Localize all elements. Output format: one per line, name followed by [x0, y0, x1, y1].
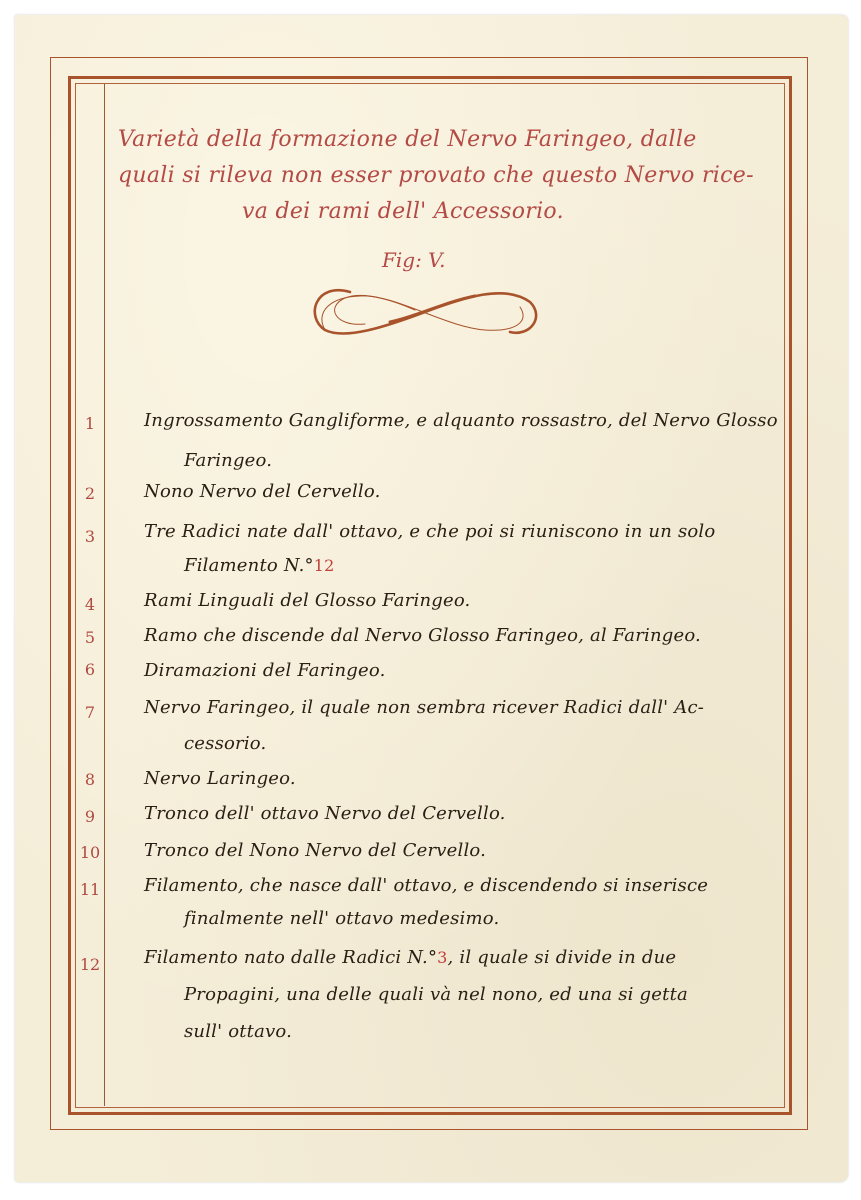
entry-number: 5 [70, 628, 110, 647]
calligraphic-flourish-icon [305, 282, 545, 342]
cross-reference-number: 12 [314, 556, 335, 575]
entry-number: 1 [70, 414, 110, 433]
entry-text-continued: finalmente nell' ottavo medesimo. [184, 908, 499, 929]
entry-text: Tronco del Nono Nervo del Cervello. [144, 840, 486, 861]
entry-text-fragment: Filamento nato dalle Radici N.° [144, 947, 437, 968]
page-title: Varietà della formazione del Nervo Farin… [118, 122, 618, 230]
entry-text: Ingrossamento Gangliforme, e alquanto ro… [144, 410, 778, 431]
entry-text-continued: Filamento N.°12 [184, 555, 335, 576]
entry-number: 6 [70, 660, 110, 679]
entry-text-continued: sull' ottavo. [184, 1021, 292, 1042]
entry-text: Diramazioni del Faringeo. [144, 660, 386, 681]
cross-reference-number: 3 [437, 948, 447, 967]
entry-number: 9 [70, 807, 110, 826]
entry-number: 7 [70, 703, 110, 722]
entry-number: 3 [70, 527, 110, 546]
entry-number: 12 [70, 955, 110, 974]
entry-text: Nono Nervo del Cervello. [144, 481, 381, 502]
entry-text-continued: Propagini, una delle quali và nel nono, … [184, 984, 688, 1005]
entry-text: Tronco dell' ottavo Nervo del Cervello. [144, 803, 506, 824]
title-line-3: va dei rami dell' Accessorio. [242, 194, 618, 230]
entry-text: Filamento, che nasce dall' ottavo, e dis… [144, 875, 708, 896]
entry-text: Ramo che discende dal Nervo Glosso Farin… [144, 625, 701, 646]
entry-text: Rami Linguali del Glosso Faringeo. [144, 590, 470, 611]
entry-text-continued: cessorio. [184, 733, 266, 754]
title-line-2: quali si rileva non esser provato che qu… [118, 158, 618, 194]
entry-number: 10 [70, 843, 110, 862]
entry-text-fragment: , il quale si divide in due [448, 947, 677, 968]
entry-number: 8 [70, 770, 110, 789]
entry-text: Nervo Laringeo. [144, 768, 296, 789]
title-line-1: Varietà della formazione del Nervo Farin… [118, 122, 618, 158]
entry-number: 4 [70, 595, 110, 614]
entry-text: Filamento nato dalle Radici N.°3, il qua… [144, 947, 676, 968]
entry-number: 11 [70, 880, 110, 899]
entry-text: Nervo Faringeo, il quale non sembra rice… [144, 697, 704, 718]
entry-text-fragment: Filamento N.° [184, 555, 314, 576]
figure-label: Fig: V. [382, 248, 445, 272]
entry-text-continued: Faringeo. [184, 450, 272, 471]
entry-text: Tre Radici nate dall' ottavo, e che poi … [144, 521, 715, 542]
entry-number: 2 [70, 484, 110, 503]
